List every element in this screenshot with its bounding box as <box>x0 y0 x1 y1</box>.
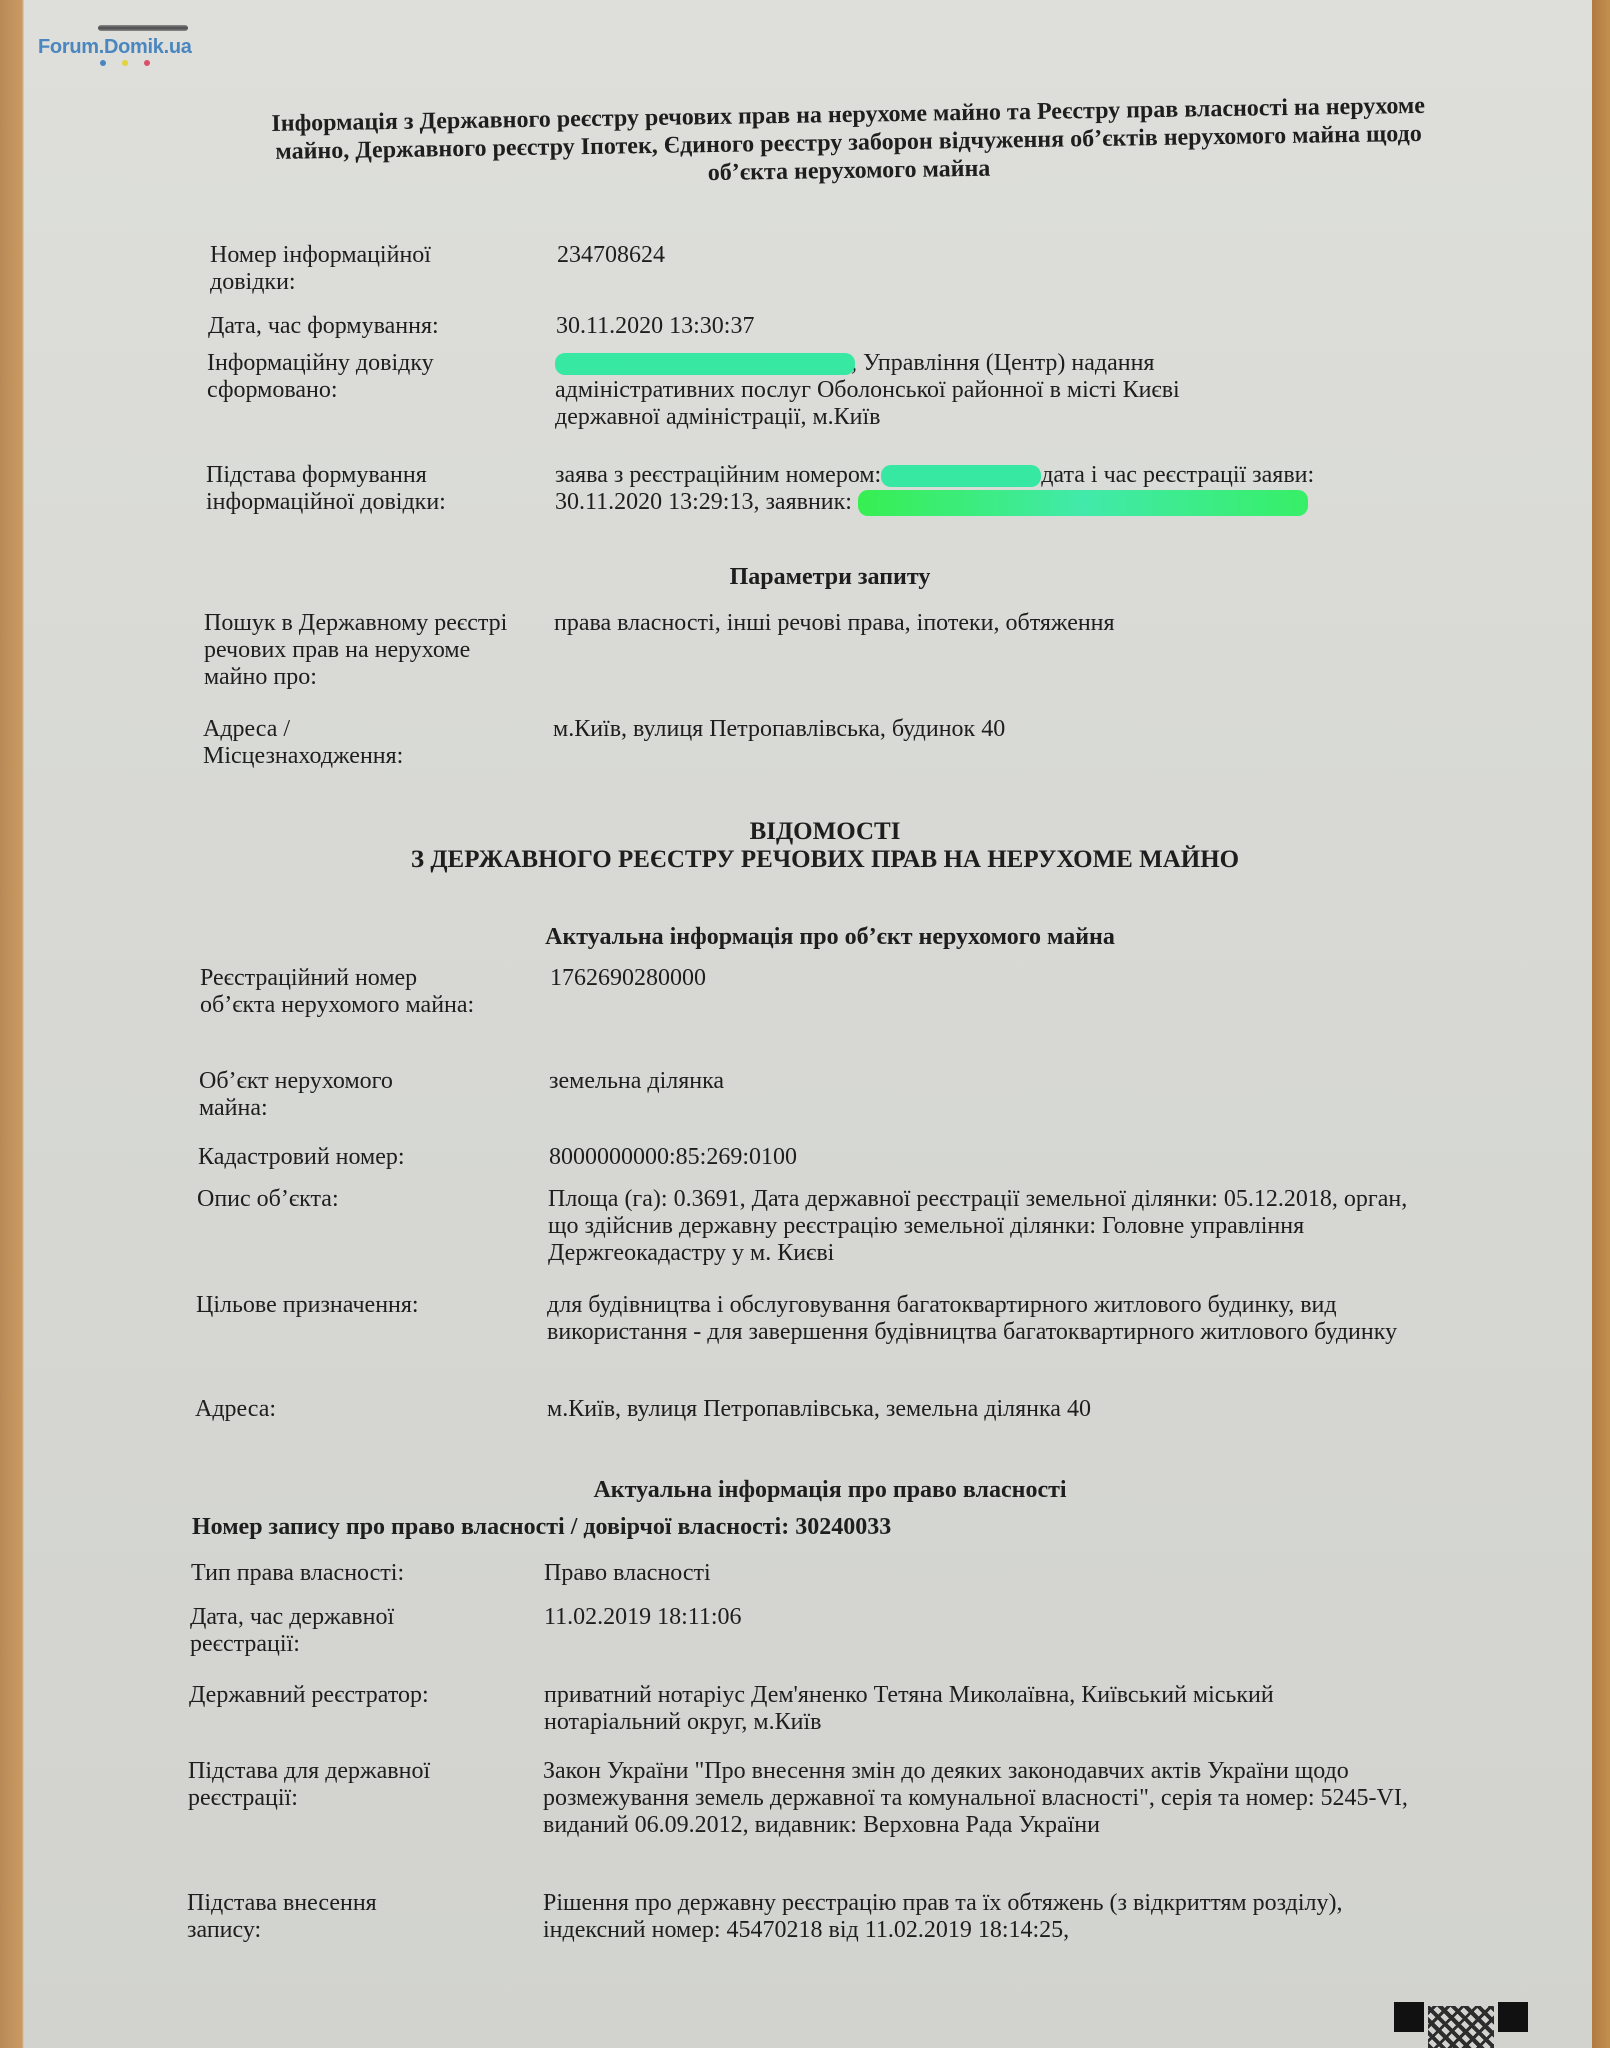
query-search-value: права власності, інші речові права, іпот… <box>554 610 1115 637</box>
formed-by-text-2: адміністративних послуг Оболонської райо… <box>555 377 1180 403</box>
object-type-value: земельна ділянка <box>549 1068 724 1095</box>
ownership-entry-basis-label: Підстава внесення запису: <box>187 1890 447 1944</box>
info-formed-by-value: , Управління (Центр) надання адміністрат… <box>555 350 1455 431</box>
object-description-value: Площа (га): 0.3691, Дата державної реєст… <box>548 1186 1428 1267</box>
redaction-mark <box>555 353 855 375</box>
query-heading: Параметри запиту <box>380 563 1280 591</box>
basis-text-1: заява з реєстраційним номером: <box>555 462 881 488</box>
info-basis-value: заява з реєстраційним номером:дата і час… <box>555 462 1505 516</box>
info-datetime-value: 30.11.2020 13:30:37 <box>556 313 754 340</box>
registry-heading: ВІДОМОСТІ З ДЕРЖАВНОГО РЕЄСТРУ РЕЧОВИХ П… <box>300 818 1350 874</box>
ownership-datetime-value: 11.02.2019 18:11:06 <box>544 1604 742 1631</box>
info-basis-label: Підстава формування інформаційної довідк… <box>206 462 506 516</box>
ownership-basis-value: Закон України "Про внесення змін до деяк… <box>543 1758 1423 1839</box>
object-purpose-value: для будівництва і обслуговування багаток… <box>547 1292 1427 1346</box>
object-heading: Актуальна інформація про об’єкт нерухомо… <box>380 923 1280 951</box>
staple <box>98 25 188 31</box>
ownership-type-label: Тип права власності: <box>191 1560 511 1587</box>
object-type-label: Об’єкт нерухомого майна: <box>199 1068 459 1122</box>
info-number-value: 234708624 <box>557 242 665 269</box>
query-search-label: Пошук в Державному реєстрі речових прав … <box>204 610 514 691</box>
info-formed-by-label: Інформаційну довідку сформовано: <box>207 350 497 404</box>
ownership-datetime-label: Дата, час державної реєстрації: <box>190 1604 460 1658</box>
object-address-value: м.Київ, вулиця Петропавлівська, земельна… <box>547 1396 1091 1423</box>
basis-text-2: дата і час реєстрації заяви: <box>1041 462 1314 488</box>
ownership-record-number: Номер запису про право власності / довір… <box>192 1514 1492 1541</box>
watermark-dot-blue <box>100 60 106 66</box>
object-cadastral-value: 8000000000:85:269:0100 <box>549 1144 797 1171</box>
object-address-label: Адреса: <box>195 1396 515 1423</box>
redaction-mark <box>858 490 1308 516</box>
watermark-dot-red <box>144 60 150 66</box>
registry-heading-line1: ВІДОМОСТІ <box>300 818 1350 846</box>
object-cadastral-label: Кадастровий номер: <box>198 1144 518 1171</box>
watermark-logo: Forum.Domik.ua <box>38 36 192 59</box>
object-description-label: Опис об’єкта: <box>197 1186 517 1213</box>
object-purpose-label: Цільове призначення: <box>196 1292 516 1319</box>
watermark-dot-yellow <box>122 60 128 66</box>
object-regnum-label: Реєстраційний номер об’єкта нерухомого м… <box>200 965 480 1019</box>
document-page <box>24 0 1592 2048</box>
formed-by-text-3: державної адміністрації, м.Київ <box>555 404 880 430</box>
ownership-type-value: Право власності <box>544 1560 711 1587</box>
object-regnum-value: 1762690280000 <box>550 965 706 992</box>
ownership-heading: Актуальна інформація про право власності <box>380 1476 1280 1504</box>
ownership-entry-basis-value: Рішення про державну реєстрацію прав та … <box>543 1890 1443 1944</box>
qr-code <box>1394 2002 1528 2048</box>
basis-text-3: 30.11.2020 13:29:13, заявник: <box>555 489 852 515</box>
formed-by-text-1: , Управління (Центр) надання <box>851 350 1154 376</box>
query-address-label: Адреса / Місцезнаходження: <box>203 716 463 770</box>
ownership-basis-label: Підстава для державної реєстрації: <box>188 1758 498 1812</box>
redaction-mark <box>881 465 1041 487</box>
info-number-label: Номер інформаційної довідки: <box>210 242 500 296</box>
query-address-value: м.Київ, вулиця Петропавлівська, будинок … <box>553 716 1005 743</box>
registry-heading-line2: З ДЕРЖАВНОГО РЕЄСТРУ РЕЧОВИХ ПРАВ НА НЕР… <box>300 846 1350 874</box>
ownership-registrar-value: приватний нотаріус Дем'яненко Тетяна Мик… <box>544 1682 1404 1736</box>
info-datetime-label: Дата, час формування: <box>208 313 528 340</box>
watermark-dots <box>100 60 150 66</box>
ownership-registrar-label: Державний реєстратор: <box>189 1682 509 1709</box>
